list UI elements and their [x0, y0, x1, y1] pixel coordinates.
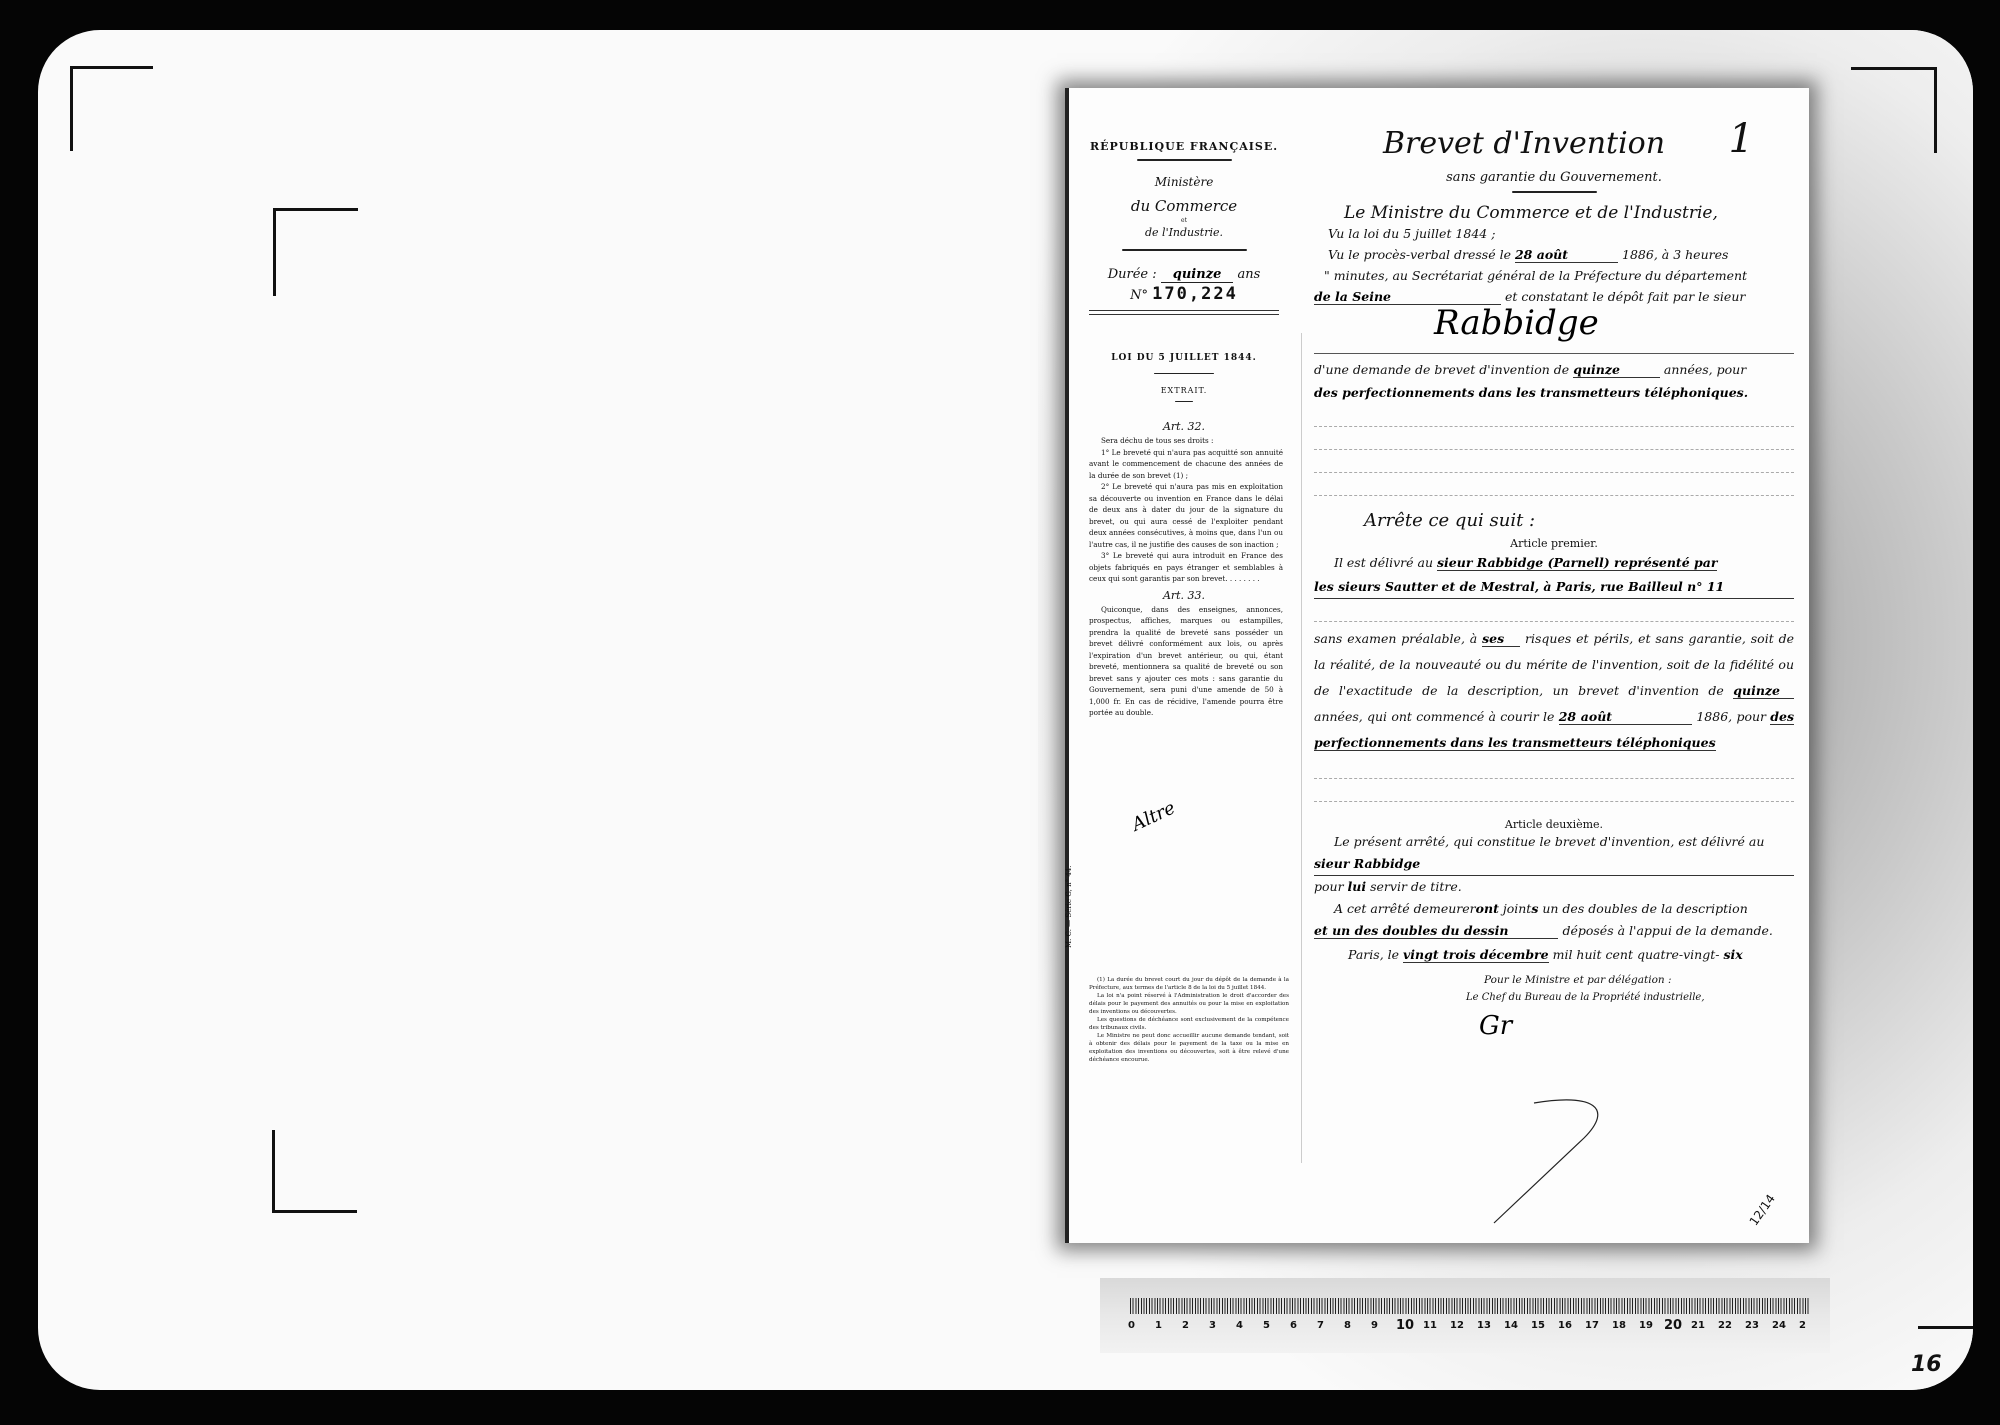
- footnote: (1) La durée du brevet court du jour du …: [1089, 976, 1289, 992]
- divider: [1175, 401, 1193, 402]
- label: servir de titre.: [1370, 879, 1462, 894]
- blank-line: [1314, 450, 1794, 473]
- numero-label: N°: [1130, 288, 1148, 303]
- handwritten-initials: Altre: [1129, 797, 1179, 835]
- right-column: Brevet d'Invention 1 sans garantie du Go…: [1314, 88, 1794, 1243]
- footnote: La loi n'a point réservé à l'Administrat…: [1089, 992, 1289, 1016]
- loi-title: LOI DU 5 JUILLET 1844.: [1069, 353, 1299, 363]
- duree-unit: ans: [1238, 267, 1261, 282]
- duree-row: Durée : quinze ans: [1069, 267, 1299, 282]
- numero-row: N° 170,224: [1069, 284, 1299, 304]
- document-title: Brevet d'Invention: [1314, 126, 1734, 161]
- label: sans examen préalable, à: [1314, 631, 1477, 646]
- blank-line: [1314, 473, 1794, 496]
- ruler-label: 17: [1585, 1320, 1599, 1331]
- article1-title: Article premier.: [1314, 537, 1794, 550]
- applicant-line: Rabbidge: [1314, 307, 1794, 354]
- art32-line: Sera déchu de tous ses droits :: [1089, 435, 1283, 447]
- ruler-label: 21: [1691, 1320, 1705, 1331]
- pv-date: 28 août: [1515, 247, 1618, 263]
- lui-value: lui: [1348, 879, 1367, 894]
- ruler-label: 24: [1772, 1320, 1786, 1331]
- label: années, qui ont commencé à courir le: [1314, 709, 1554, 724]
- signature-line2: Le Chef du Bureau de la Propriété indust…: [1466, 992, 1794, 1003]
- art33-body: Quiconque, dans des enseignes, annonces,…: [1069, 602, 1299, 719]
- dessin-value: et un des doubles du dessin: [1314, 923, 1558, 939]
- ornament-divider: [1137, 159, 1232, 161]
- ses-value: ses: [1482, 631, 1520, 647]
- et-label: et: [1069, 217, 1299, 224]
- art32-line: 2° Le breveté qui n'aura pas mis en expl…: [1089, 481, 1283, 550]
- label: et constatant le dépôt fait par le sieur: [1505, 289, 1745, 304]
- date-line: Paris, le vingt trois décembre mil huit …: [1314, 942, 1794, 968]
- article2-title: Article deuxième.: [1314, 818, 1794, 831]
- footnote: Les questions de déchéance sont exclusiv…: [1089, 1016, 1289, 1032]
- art33-title: Art. 33.: [1069, 589, 1299, 602]
- ministre-heading: Le Ministre du Commerce et de l'Industri…: [1344, 203, 1794, 223]
- vu-loi: Vu la loi du 5 juillet 1844 ;: [1314, 223, 1794, 244]
- label: années, pour: [1664, 362, 1746, 377]
- ruler-label: 2: [1182, 1320, 1189, 1331]
- label: d'une demande de brevet d'invention de: [1314, 362, 1569, 377]
- label: pour: [1736, 709, 1766, 724]
- blank-line: [1314, 427, 1794, 450]
- label: Paris, le: [1348, 947, 1399, 962]
- ruler-label: 5: [1263, 1320, 1270, 1331]
- ruler-label: 0: [1128, 1320, 1135, 1331]
- footnote: Le Ministre ne peut donc accueillir aucu…: [1089, 1032, 1289, 1064]
- patent-agents: les sieurs Sautter et de Mestral, à Pari…: [1314, 576, 1794, 599]
- applicant-name: Rabbidge: [1434, 303, 1599, 343]
- article1-body: sans examen préalable, à ses risques et …: [1314, 626, 1794, 756]
- ruler-label: 15: [1531, 1320, 1545, 1331]
- ruler-label: 2: [1799, 1320, 1806, 1331]
- ruler-label: 3: [1209, 1320, 1216, 1331]
- demande-duree: quinze: [1573, 362, 1660, 378]
- signature-flourish-icon: [1474, 1098, 1654, 1228]
- subtitle: sans garantie du Gouvernement.: [1314, 170, 1794, 185]
- measurement-ruler: 0 1 2 3 4 5 6 7 8 9 10 11 12 13 14 15 16…: [1100, 1278, 1830, 1353]
- ruler-label: 14: [1504, 1320, 1518, 1331]
- ruler-label: 11: [1423, 1320, 1437, 1331]
- signature: Gr: [1479, 1011, 1794, 1041]
- vu-pv-line: Vu le procès-verbal dressé le 28 août 18…: [1314, 244, 1794, 265]
- pv-minutes: " minutes, au Secrétariat général de la …: [1314, 265, 1794, 286]
- crop-mark-inner-bottom-left: [272, 1130, 357, 1213]
- ruler-label: 9: [1371, 1320, 1378, 1331]
- article2-dessin-line: et un des doubles du dessin déposés à l'…: [1314, 920, 1794, 942]
- duree-label: Durée :: [1108, 267, 1157, 282]
- art32-line: 3° Le breveté qui aura introduit en Fran…: [1089, 550, 1283, 585]
- ruler-label: 7: [1317, 1320, 1324, 1331]
- blank-line: [1314, 599, 1794, 622]
- blank-line: [1314, 756, 1794, 779]
- extrait-label: EXTRAIT.: [1069, 386, 1299, 395]
- label: déposés à l'appui de la demande.: [1562, 923, 1772, 938]
- crop-mark-bottom-right: [1918, 1256, 1973, 1329]
- crop-mark-inner-top-left: [273, 208, 358, 296]
- label: A cet arrêté demeurer: [1334, 901, 1476, 916]
- crop-mark-top-right: [1851, 67, 1937, 153]
- ornament-divider: [1122, 249, 1247, 251]
- arrete-heading: Arrête ce qui suit :: [1364, 510, 1794, 531]
- invention-subject: des perfectionnements dans les transmett…: [1314, 382, 1794, 404]
- ruler-label: 4: [1236, 1320, 1243, 1331]
- republique-header: RÉPUBLIQUE FRANÇAISE.: [1069, 140, 1299, 153]
- label: 1886,: [1696, 709, 1732, 724]
- ruler-label: 1: [1155, 1320, 1162, 1331]
- ruler-label: 6: [1290, 1320, 1297, 1331]
- ornament-divider: [1512, 191, 1597, 193]
- article2-titre-line: pour lui servir de titre.: [1314, 876, 1794, 898]
- ont-value: ont: [1476, 901, 1499, 916]
- article1-line1: Il est délivré au sieur Rabbidge (Parnel…: [1314, 550, 1794, 576]
- ruler-label: 22: [1718, 1320, 1732, 1331]
- industrie-label: de l'Industrie.: [1069, 226, 1299, 239]
- ruler-label: 19: [1639, 1320, 1653, 1331]
- label: Vu le procès-verbal dressé le: [1328, 247, 1511, 262]
- date-day: vingt trois décembre: [1403, 947, 1549, 963]
- column-divider: [1301, 333, 1302, 1163]
- footnotes: (1) La durée du brevet court du jour du …: [1089, 976, 1289, 1064]
- s-value: s: [1531, 901, 1538, 916]
- page-number: 1: [1729, 116, 1754, 162]
- signature-line1: Pour le Ministre et par délégation :: [1484, 974, 1794, 986]
- ruler-label: 13: [1477, 1320, 1491, 1331]
- label: joint: [1503, 901, 1531, 916]
- ministere-label: Ministère: [1069, 175, 1299, 189]
- commerce-label: du Commerce: [1069, 197, 1299, 215]
- pv-year: 1886, à 3 heures: [1622, 247, 1728, 262]
- art32-title: Art. 32.: [1069, 420, 1299, 433]
- title-block: Brevet d'Invention 1: [1314, 88, 1794, 168]
- demande-line: d'une demande de brevet d'invention de q…: [1314, 358, 1794, 382]
- article2-holder: sieur Rabbidge: [1314, 853, 1794, 876]
- patent-holder: sieur Rabbidge (Parnell) représenté par: [1437, 555, 1717, 571]
- label: mil huit cent quatre-vingt-: [1553, 947, 1720, 962]
- folio-number: 12/14: [1747, 1192, 1778, 1228]
- left-column: RÉPUBLIQUE FRANÇAISE. Ministère du Comme…: [1069, 88, 1299, 1243]
- patent-document: RÉPUBLIQUE FRANÇAISE. Ministère du Comme…: [1065, 88, 1809, 1243]
- article1-duree: quinze: [1733, 683, 1794, 699]
- duree-value: quinze: [1161, 267, 1234, 283]
- ruler-label: 18: [1612, 1320, 1626, 1331]
- blank-line: [1314, 404, 1794, 427]
- crop-mark-top-left: [70, 66, 153, 151]
- ruler-label: 20: [1664, 1318, 1682, 1333]
- ruler-label: 10: [1396, 1318, 1414, 1333]
- ruler-label: 16: [1558, 1320, 1572, 1331]
- patent-number: 170,224: [1152, 284, 1238, 304]
- label: Il est délivré au: [1334, 555, 1433, 570]
- label: pour: [1314, 879, 1344, 894]
- ruler-label: 8: [1344, 1320, 1351, 1331]
- ruler-label: 23: [1745, 1320, 1759, 1331]
- art32-line: 1° Le breveté qui n'aura pas acquitté so…: [1089, 447, 1283, 482]
- ruler-label: 12: [1450, 1320, 1464, 1331]
- article2-joint-line: A cet arrêté demeureront joints un des d…: [1314, 898, 1794, 920]
- series-code: M. C. — Série G, n° 44.: [1065, 866, 1073, 948]
- ruler-ticks: [1130, 1298, 1810, 1314]
- label: un des doubles de la description: [1542, 901, 1747, 916]
- date-year: six: [1723, 947, 1742, 962]
- article2-line1: Le présent arrêté, qui constitue le brev…: [1314, 831, 1794, 853]
- double-rule: [1089, 310, 1279, 315]
- blank-line: [1314, 779, 1794, 802]
- divider: [1154, 373, 1214, 374]
- art32-body: Sera déchu de tous ses droits : 1° Le br…: [1069, 433, 1299, 585]
- article1-date: 28 août: [1559, 709, 1692, 725]
- frame-number: 16: [1911, 1352, 1942, 1377]
